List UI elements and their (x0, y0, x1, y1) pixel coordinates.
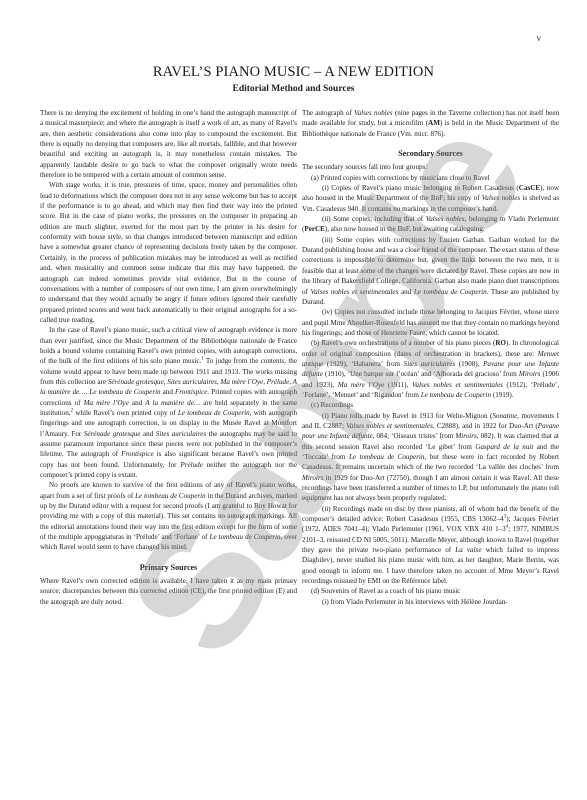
paragraph: In the case of Ravel’s piano music, such… (40, 325, 297, 480)
list-heading: (a) Printed copies with corrections by m… (302, 173, 559, 183)
page-title: RAVEL’S PIANO MUSIC – A NEW EDITION (0, 64, 587, 81)
list-item: (ii) Recordings made on disc by three pi… (302, 504, 559, 587)
paragraph: The secondary sources fall into four gro… (302, 162, 559, 172)
list-item: (ii) Some copies, including that of Vals… (302, 214, 559, 235)
section-heading-primary-sources: Primary Sources (40, 563, 297, 573)
list-item: (i) Piano rolls made by Ravel in 1913 fo… (302, 411, 559, 504)
paragraph: No proofs are known to survive of the fi… (40, 480, 297, 552)
page-number: v (537, 33, 542, 43)
list-item: (iii) Some copies with corrections by Lu… (302, 235, 559, 307)
list-item: (b) Ravel’s own orchestrations of a numb… (302, 338, 559, 400)
paragraph: With stage works, it is true, pressures … (40, 180, 297, 325)
list-heading: (c) Recordings (302, 400, 559, 410)
list-heading: (d) Souvenirs of Ravel as a coach of his… (302, 586, 559, 596)
right-column: The autograph of Valses nobles (nine pag… (302, 108, 559, 607)
section-heading-secondary-sources: Secondary Sources (302, 149, 559, 159)
left-column: There is no denying the excitement of ho… (40, 108, 297, 607)
paragraph: The autograph of Valses nobles (nine pag… (302, 108, 559, 139)
paragraph: There is no denying the excitement of ho… (40, 108, 297, 180)
list-item: (iv) Copies not consulted include those … (302, 307, 559, 338)
list-item: (i) Copies of Ravel’s piano music belong… (302, 183, 559, 214)
page-subtitle: Editorial Method and Sources (0, 84, 587, 94)
paragraph: Where Ravel’s own corrected edition is a… (40, 576, 297, 607)
list-item: (i) from Vlado Perlemuter in his intervi… (302, 597, 559, 607)
